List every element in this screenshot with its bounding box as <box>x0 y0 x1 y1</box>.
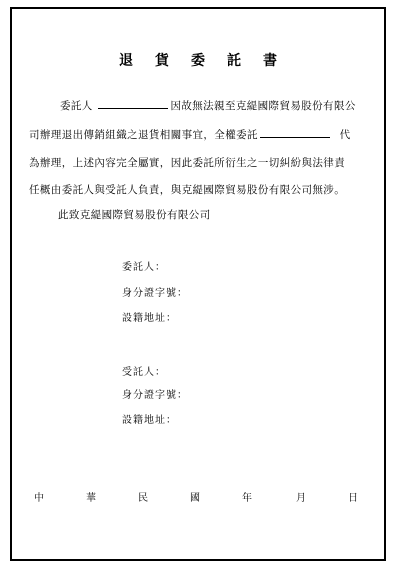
date-char: 華 <box>86 489 96 504</box>
body-line-2-text: 司辦理退出傳銷組織之退貨相關事宜，全權委託 <box>29 129 258 141</box>
agent-address-label: 設籍地址： <box>122 411 177 426</box>
body-line-3: 為辦理，上述內容完全屬實，因此委託所衍生之一切糾紛與法律責 <box>29 155 345 170</box>
document-border <box>10 7 386 561</box>
date-char-day: 日 <box>348 489 358 504</box>
agent-name-blank[interactable] <box>260 136 330 138</box>
date-char: 國 <box>190 489 200 504</box>
document-title: 退貨委託書 <box>0 50 396 70</box>
body-line-2: 司辦理退出傳銷組織之退貨相關事宜，全權委託 代 <box>29 127 351 142</box>
principal-name-label: 委託人： <box>122 258 166 273</box>
agent-id-label: 身分證字號： <box>122 386 188 401</box>
date-char: 民 <box>138 489 148 504</box>
principal-name-blank[interactable] <box>98 107 168 109</box>
salutation: 此致克緹國際貿易股份有限公司 <box>58 207 211 222</box>
principal-label: 委託人 <box>60 100 93 112</box>
date-char: 中 <box>34 489 44 504</box>
body-line-2-suffix: 代 <box>340 129 351 141</box>
principal-address-label: 設籍地址： <box>122 309 177 324</box>
date-char-month: 月 <box>296 489 306 504</box>
principal-id-label: 身分證字號： <box>122 284 188 299</box>
agent-name-label: 受託人： <box>122 363 166 378</box>
body-line-1-text: 因故無法親至克緹國際貿易股份有限公 <box>170 100 355 112</box>
body-line-4: 任概由委託人與受託人負責，與克緹國際貿易股份有限公司無涉。 <box>29 182 345 197</box>
body-line-1: 委託人 因故無法親至克緹國際貿易股份有限公 <box>60 98 356 113</box>
date-char-year: 年 <box>242 489 252 504</box>
